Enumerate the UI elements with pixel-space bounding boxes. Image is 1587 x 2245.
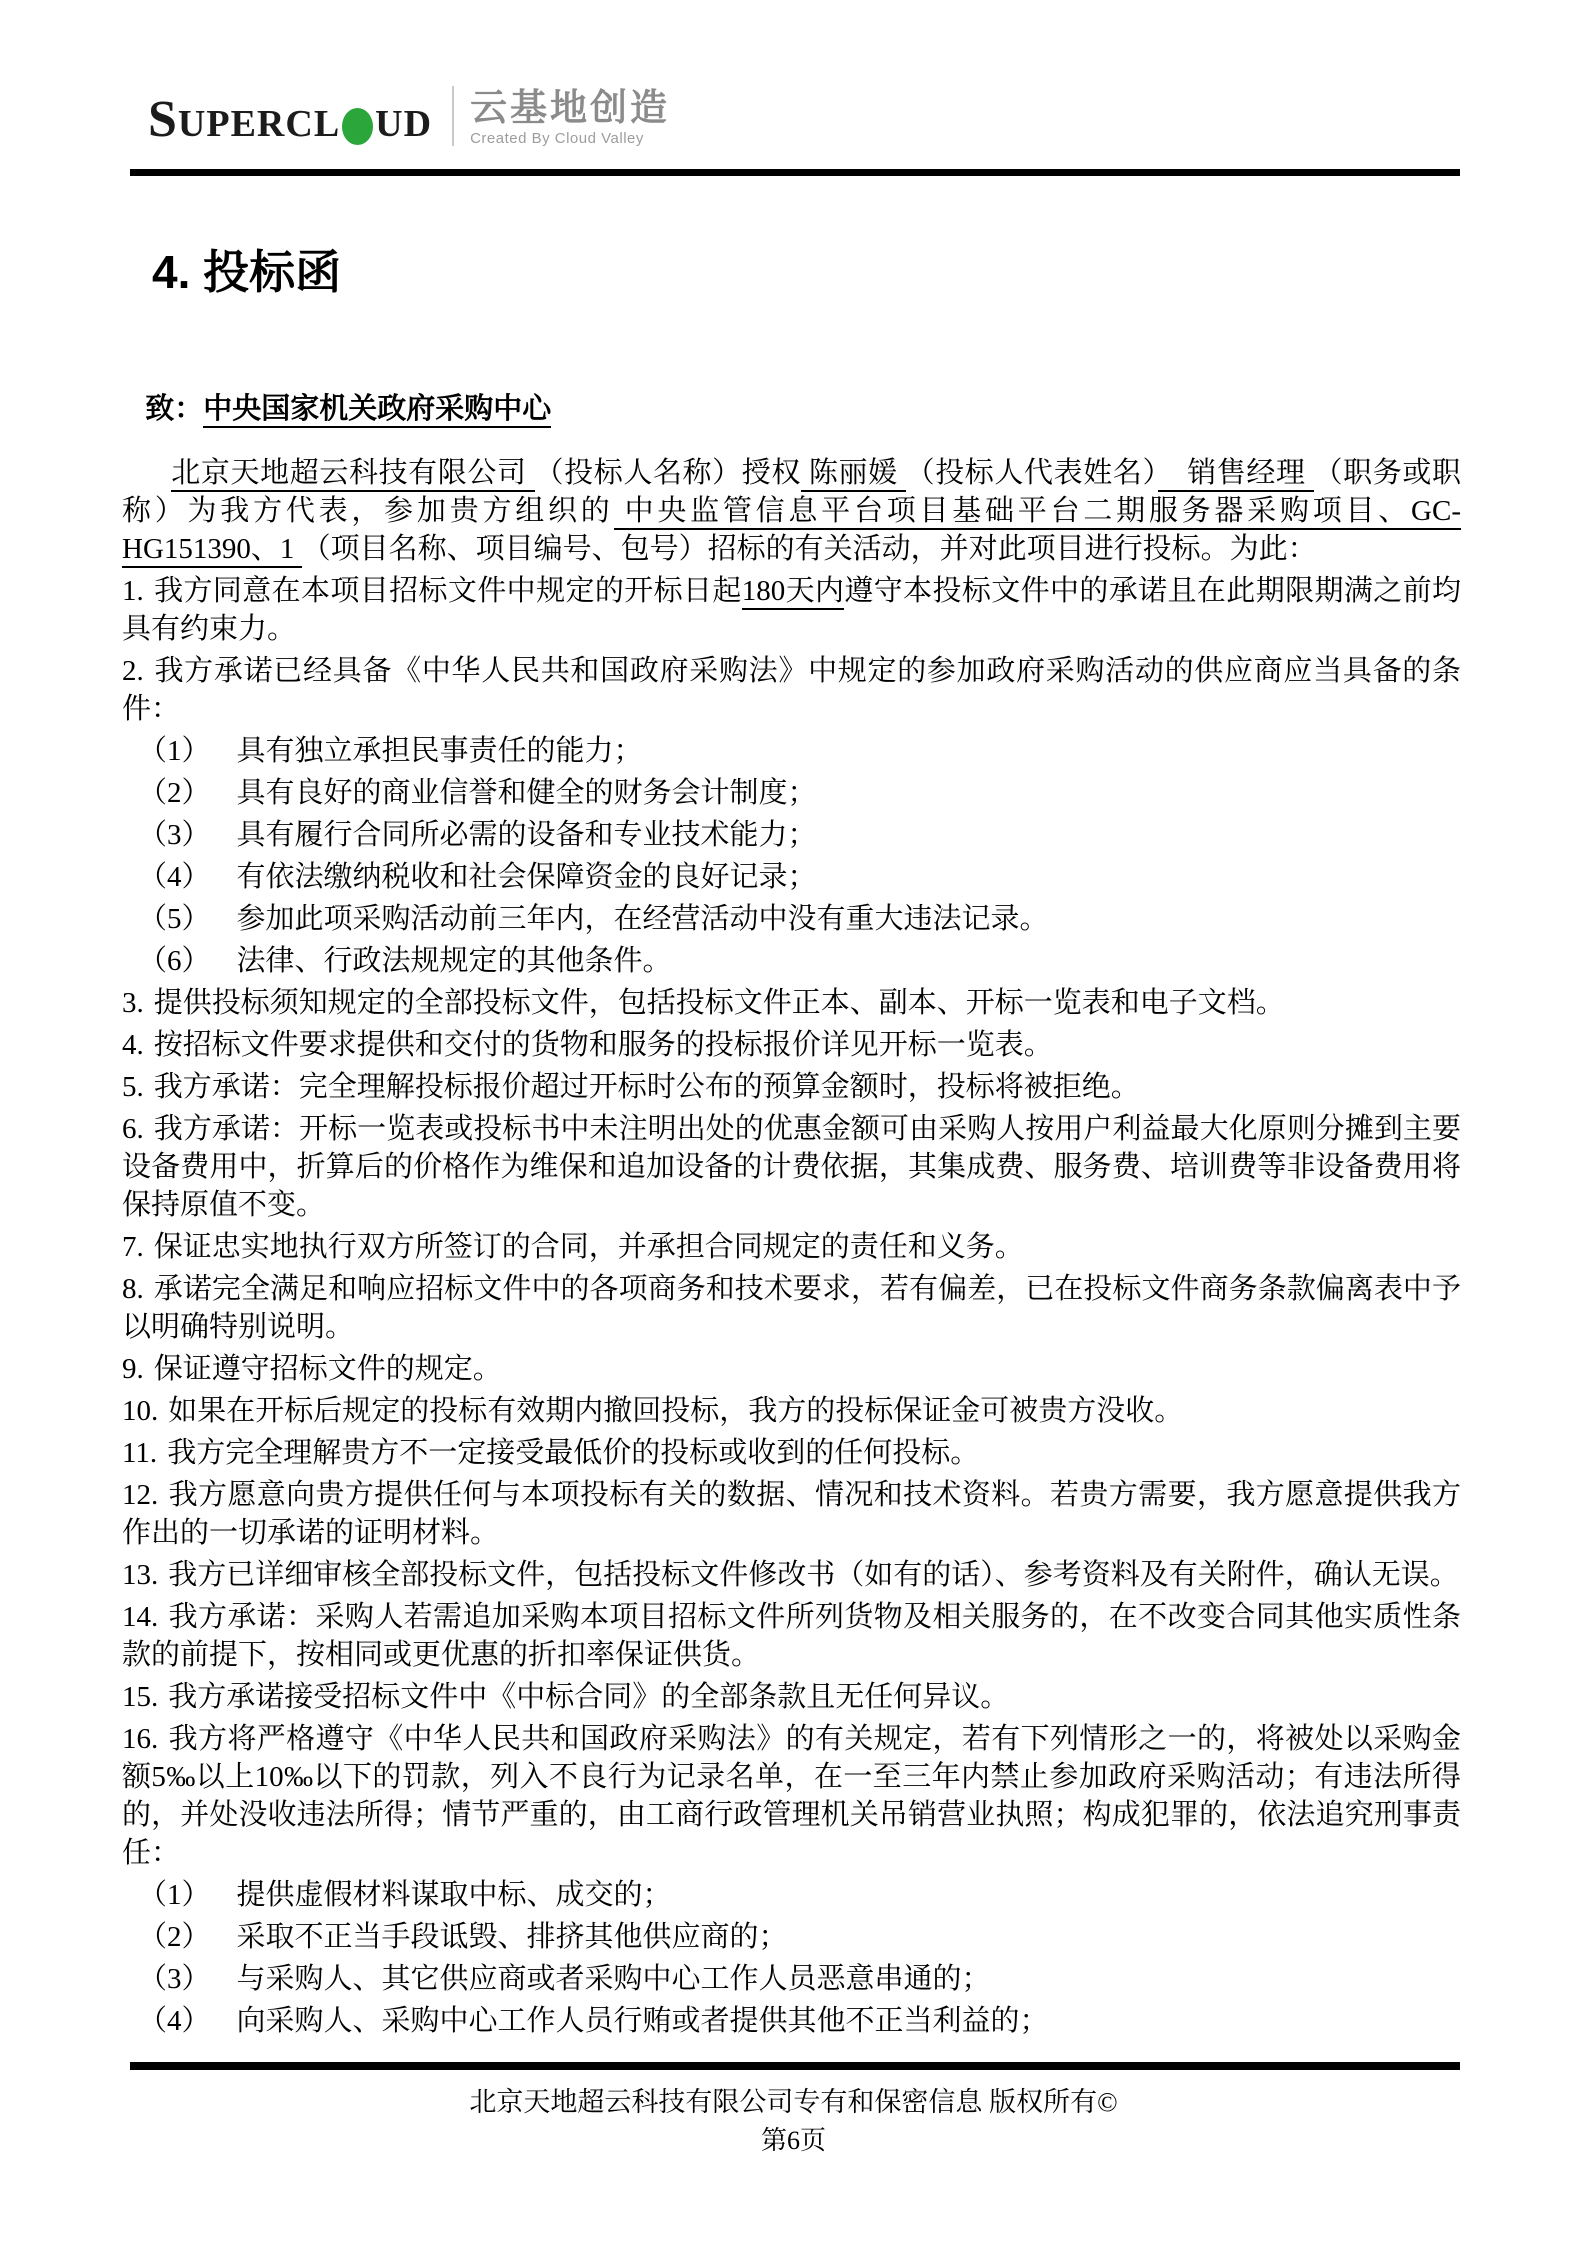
underlined-text: 180天内: [742, 575, 845, 610]
item-number: 2.: [122, 655, 144, 687]
list-item: 5.我方承诺：完全理解投标报价超过开标时公布的预算金额时，投标将被拒绝。: [122, 1068, 1461, 1106]
item-number: 3.: [122, 987, 144, 1019]
sub-list-item: （3）具有履行合同所必需的设备和专业技术能力；: [122, 816, 1461, 854]
header-rule: [130, 169, 1460, 176]
text-run: 向采购人、采购中心工作人员行贿或者提供其他不正当利益的；: [236, 2005, 1048, 2037]
item-number: （3）: [138, 819, 211, 851]
list-item: 3.提供投标须知规定的全部投标文件，包括投标文件正本、副本、开标一览表和电子文档…: [122, 984, 1461, 1022]
text-run: 采取不正当手段诋毁、排挤其他供应商的；: [236, 1921, 787, 1953]
logo-letter: S: [148, 94, 178, 146]
logo-tagline-en: Created By Cloud Valley: [470, 131, 670, 146]
list-item: 12.我方愿意向贵方提供任何与本项投标有关的数据、情况和技术资料。若贵方需要，我…: [122, 1476, 1461, 1552]
text-run: 保证忠实地执行双方所签订的合同，并承担合同规定的责任和义务。: [154, 1231, 1024, 1263]
document-page: SUPERCLUD 云基地创造 Created By Cloud Valley …: [0, 0, 1587, 2245]
logo-tagline-cn: 云基地创造: [470, 89, 670, 126]
item-number: 13.: [122, 1559, 158, 1591]
page-title: 4. 投标函: [152, 236, 341, 302]
list-item: 7.保证忠实地执行双方所签订的合同，并承担合同规定的责任和义务。: [122, 1228, 1461, 1266]
text-run: （投标人代表姓名）: [906, 457, 1158, 489]
list-item: 13.我方已详细审核全部投标文件，包括投标文件修改书（如有的话）、参考资料及有关…: [122, 1556, 1461, 1594]
item-number: 8.: [122, 1273, 144, 1305]
text-run: 提供投标须知规定的全部投标文件，包括投标文件正本、副本、开标一览表和电子文档。: [154, 987, 1285, 1019]
logo-letters: UD: [375, 105, 432, 143]
sub-list-item: （2）采取不正当手段诋毁、排挤其他供应商的；: [122, 1918, 1461, 1956]
text-run: 保证遵守招标文件的规定。: [154, 1353, 502, 1385]
list-item: 15.我方承诺接受招标文件中《中标合同》的全部条款且无任何异议。: [122, 1678, 1461, 1716]
logo-letters: UPERC: [178, 105, 314, 143]
logo-tagline: 云基地创造 Created By Cloud Valley: [470, 89, 670, 146]
logo-letter: L: [314, 105, 340, 143]
sub-list-item: （2）具有良好的商业信誉和健全的财务会计制度；: [122, 774, 1461, 812]
item-number: 6.: [122, 1113, 144, 1145]
underlined-text: 陈丽媛: [801, 457, 906, 492]
text-run: 具有良好的商业信誉和健全的财务会计制度；: [236, 777, 816, 809]
text-run: 我方愿意向贵方提供任何与本项投标有关的数据、情况和技术资料。若贵方需要，我方愿意…: [122, 1479, 1461, 1549]
item-number: 7.: [122, 1231, 144, 1263]
item-number: 12.: [122, 1479, 158, 1511]
list-item: 8.承诺完全满足和响应招标文件中的各项商务和技术要求，若有偏差，已在投标文件商务…: [122, 1270, 1461, 1346]
item-number: （1）: [138, 1879, 211, 1911]
list-item: 1.我方同意在本项目招标文件中规定的开标日起180天内遵守本投标文件中的承诺且在…: [122, 572, 1461, 648]
item-number: 11.: [122, 1437, 157, 1469]
list-item: 9.保证遵守招标文件的规定。: [122, 1350, 1461, 1388]
text-run: 与采购人、其它供应商或者采购中心工作人员恶意串通的；: [236, 1963, 990, 1995]
logo-green-o-icon: [342, 108, 373, 145]
text-run: （项目名称、项目编号、包号）招标的有关活动，并对此项目进行投标。为此：: [302, 533, 1317, 565]
item-number: （4）: [138, 861, 211, 893]
underlined-text: 北京天地超云科技有限公司: [171, 457, 534, 492]
item-number: 16.: [122, 1723, 158, 1755]
item-number: 1.: [122, 575, 144, 607]
text-run: 参加此项采购活动前三年内，在经营活动中没有重大违法记录。: [236, 903, 1048, 935]
list-item: 11.我方完全理解贵方不一定接受最低价的投标或收到的任何投标。: [122, 1434, 1461, 1472]
sub-list-item: （1）提供虚假材料谋取中标、成交的；: [122, 1876, 1461, 1914]
sub-list-item: （4）有依法缴纳税收和社会保障资金的良好记录；: [122, 858, 1461, 896]
list-item: 6.我方承诺：开标一览表或投标书中未注明出处的优惠金额可由采购人按用户利益最大化…: [122, 1110, 1461, 1224]
text-run: （投标人名称）授权: [535, 457, 802, 489]
sub-list-item: （1）具有独立承担民事责任的能力；: [122, 732, 1461, 770]
sub-list-item: （3）与采购人、其它供应商或者采购中心工作人员恶意串通的；: [122, 1960, 1461, 1998]
text-run: 有依法缴纳税收和社会保障资金的良好记录；: [236, 861, 816, 893]
text-run: 我方将严格遵守《中华人民共和国政府采购法》的有关规定，若有下列情形之一的，将被处…: [122, 1723, 1461, 1869]
text-run: 我方承诺接受招标文件中《中标合同》的全部条款且无任何异议。: [168, 1681, 1009, 1713]
item-number: 5.: [122, 1071, 144, 1103]
sub-list-item: （5）参加此项采购活动前三年内，在经营活动中没有重大违法记录。: [122, 900, 1461, 938]
item-number: （3）: [138, 1963, 211, 1995]
list-item: 4.按招标文件要求提供和交付的货物和服务的投标报价详见开标一览表。: [122, 1026, 1461, 1064]
text-run: 如果在开标后规定的投标有效期内撤回投标，我方的投标保证金可被贵方没收。: [168, 1395, 1183, 1427]
list-item: 2.我方承诺已经具备《中华人民共和国政府采购法》中规定的参加政府采购活动的供应商…: [122, 652, 1461, 728]
item-number: （2）: [138, 777, 211, 809]
item-number: （5）: [138, 903, 211, 935]
item-number: 15.: [122, 1681, 158, 1713]
item-number: （6）: [138, 945, 211, 977]
text-run: 我方同意在本项目招标文件中规定的开标日起: [154, 575, 742, 607]
logo-divider: [452, 86, 454, 146]
text-run: 我方承诺：完全理解投标报价超过开标时公布的预算金额时，投标将被拒绝。: [154, 1071, 1140, 1103]
footer-page-number: 第6页: [0, 2120, 1587, 2157]
document-body: 北京天地超云科技有限公司 （投标人名称）授权 陈丽媛 （投标人代表姓名） 销售经…: [122, 454, 1461, 2040]
item-number: 4.: [122, 1029, 144, 1061]
list-item: 14.我方承诺：采购人若需追加采购本项目招标文件所列货物及相关服务的，在不改变合…: [122, 1598, 1461, 1674]
item-number: （4）: [138, 2005, 211, 2037]
item-number: 9.: [122, 1353, 144, 1385]
text-run: 按招标文件要求提供和交付的货物和服务的投标报价详见开标一览表。: [154, 1029, 1053, 1061]
footer-confidential-text: 北京天地超云科技有限公司专有和保密信息 版权所有©: [0, 2080, 1587, 2119]
sub-list-item: （4）向采购人、采购中心工作人员行贿或者提供其他不正当利益的；: [122, 2002, 1461, 2040]
addressee-line: 致：中央国家机关政府采购中心: [122, 390, 1461, 428]
text-run: 具有履行合同所必需的设备和专业技术能力；: [236, 819, 816, 851]
list-item: 10.如果在开标后规定的投标有效期内撤回投标，我方的投标保证金可被贵方没收。: [122, 1392, 1461, 1430]
addressee-name: 中央国家机关政府采购中心: [203, 393, 551, 428]
text-run: 法律、行政法规规定的其他条件。: [236, 945, 671, 977]
footer-rule: [130, 2062, 1460, 2070]
supercloud-logo: SUPERCLUD: [148, 94, 432, 146]
text-run: 我方承诺：采购人若需追加采购本项目招标文件所列货物及相关服务的，在不改变合同其他…: [122, 1601, 1461, 1671]
item-number: 10.: [122, 1395, 158, 1427]
list-item: 16.我方将严格遵守《中华人民共和国政府采购法》的有关规定，若有下列情形之一的，…: [122, 1720, 1461, 1872]
item-number: （2）: [138, 1921, 211, 1953]
document-content: 致：中央国家机关政府采购中心 北京天地超云科技有限公司 （投标人名称）授权 陈丽…: [122, 390, 1461, 2044]
text-run: 我方完全理解贵方不一定接受最低价的投标或收到的任何投标。: [167, 1437, 979, 1469]
text-run: 具有独立承担民事责任的能力；: [236, 735, 642, 767]
paragraph: 北京天地超云科技有限公司 （投标人名称）授权 陈丽媛 （投标人代表姓名） 销售经…: [122, 454, 1461, 568]
text-run: 我方承诺已经具备《中华人民共和国政府采购法》中规定的参加政府采购活动的供应商应当…: [122, 655, 1461, 725]
text-run: 承诺完全满足和响应招标文件中的各项商务和技术要求，若有偏差，已在投标文件商务条款…: [122, 1273, 1461, 1343]
text-run: 我方承诺：开标一览表或投标书中未注明出处的优惠金额可由采购人按用户利益最大化原则…: [122, 1113, 1461, 1221]
item-number: 14.: [122, 1601, 158, 1633]
addressee-label: 致：: [145, 393, 203, 425]
sub-list-item: （6）法律、行政法规规定的其他条件。: [122, 942, 1461, 980]
text-run: 提供虚假材料谋取中标、成交的；: [236, 1879, 671, 1911]
underlined-text: 销售经理: [1158, 457, 1314, 492]
item-number: （1）: [138, 735, 211, 767]
page-header: SUPERCLUD 云基地创造 Created By Cloud Valley: [148, 86, 1460, 146]
text-run: 我方已详细审核全部投标文件，包括投标文件修改书（如有的话）、参考资料及有关附件，…: [168, 1559, 1459, 1591]
